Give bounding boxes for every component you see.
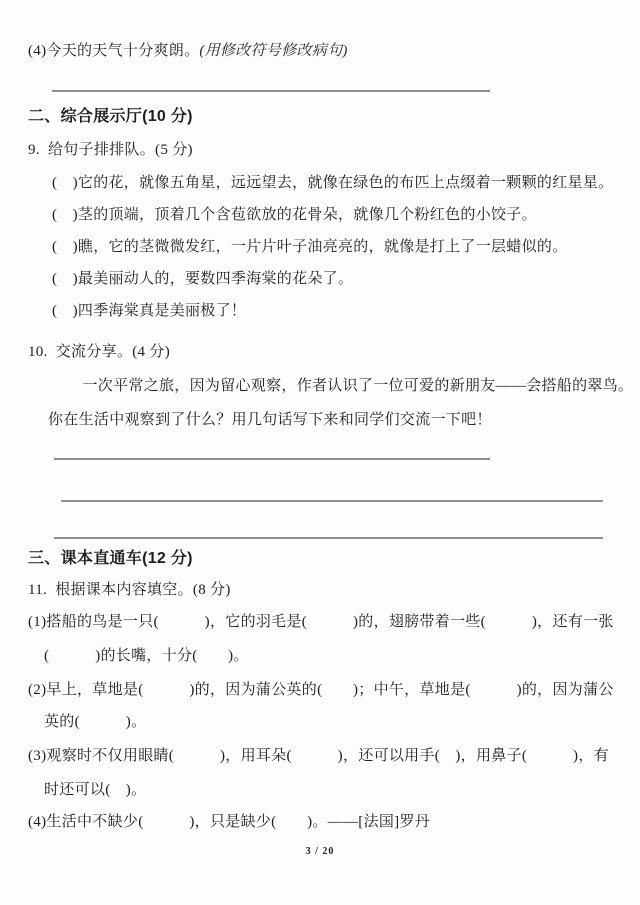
section-3-header: 三、课本直通车(12 分) [28,548,193,570]
writing-line [54,537,603,539]
section-2-header: 二、综合展示厅(10 分) [28,106,193,128]
question-10-paragraph: 你在生活中观察到了什么？用几句话写下来和同学们交流一下吧！ [48,409,492,431]
fill-blank-line: (1)搭船的鸟是一只( )，它的羽毛是( )的，翅膀带着一些( )，还有一张 [28,611,614,633]
question-11-title: 11. 根据课本内容填空。(8 分) [28,579,231,601]
question-4-text: (4)今天的天气十分爽朗。 [28,43,199,59]
sort-sentence-item: ( )茎的顶端，顶着几个含苞欲放的花骨朵，就像几个粉红色的小饺子。 [52,204,537,226]
question-10-title: 10. 交流分享。(4 分) [28,341,170,363]
question-4-instruction: (用修改符号修改病句) [199,43,347,59]
writing-line [61,500,603,502]
fill-blank-line: (3)观察时不仅用眼睛( )，用耳朵( )，还可以用手( )，用鼻子( )，有 [28,745,609,767]
sort-sentence-item: ( )四季海棠真是美丽极了！ [52,300,246,322]
sort-sentence-item: ( )瞧，它的茎微微发红，一片片叶子油亮亮的，就像是打上了一层蜡似的。 [52,236,568,258]
answer-line [52,90,490,92]
writing-line [54,458,490,460]
question-9-title: 9. 给句子排排队。(5 分) [28,139,193,161]
fill-blank-line: 英的( )。 [44,711,146,733]
question-10-paragraph: 一次平常之旅，因为留心观察，作者认识了一位可爱的新朋友——会搭船的翠鸟。 [48,375,633,397]
fill-blank-line: (4)生活中不缺少( )，只是缺少( )。——[法国]罗丹 [28,811,430,833]
worksheet-page: (4)今天的天气十分爽朗。(用修改符号修改病句) 二、综合展示厅(10 分) 9… [0,0,640,905]
fill-blank-line: (2)早上，草地是( )的，因为蒲公英的( )；中午，草地是( )的，因为蒲公 [28,679,614,701]
fill-blank-line: 时还可以( )。 [44,779,146,801]
sort-sentence-item: ( )它的花，就像五角星，远远望去，就像在绿色的布匹上点缀着一颗颗的红星星。 [52,172,613,194]
fill-blank-line: ( )的长嘴，十分( )。 [44,645,249,667]
page-number: 3 / 20 [0,846,640,858]
sort-sentence-item: ( )最美丽动人的，要数四季海棠的花朵了。 [52,268,353,290]
question-4-line: (4)今天的天气十分爽朗。(用修改符号修改病句) [28,40,348,62]
